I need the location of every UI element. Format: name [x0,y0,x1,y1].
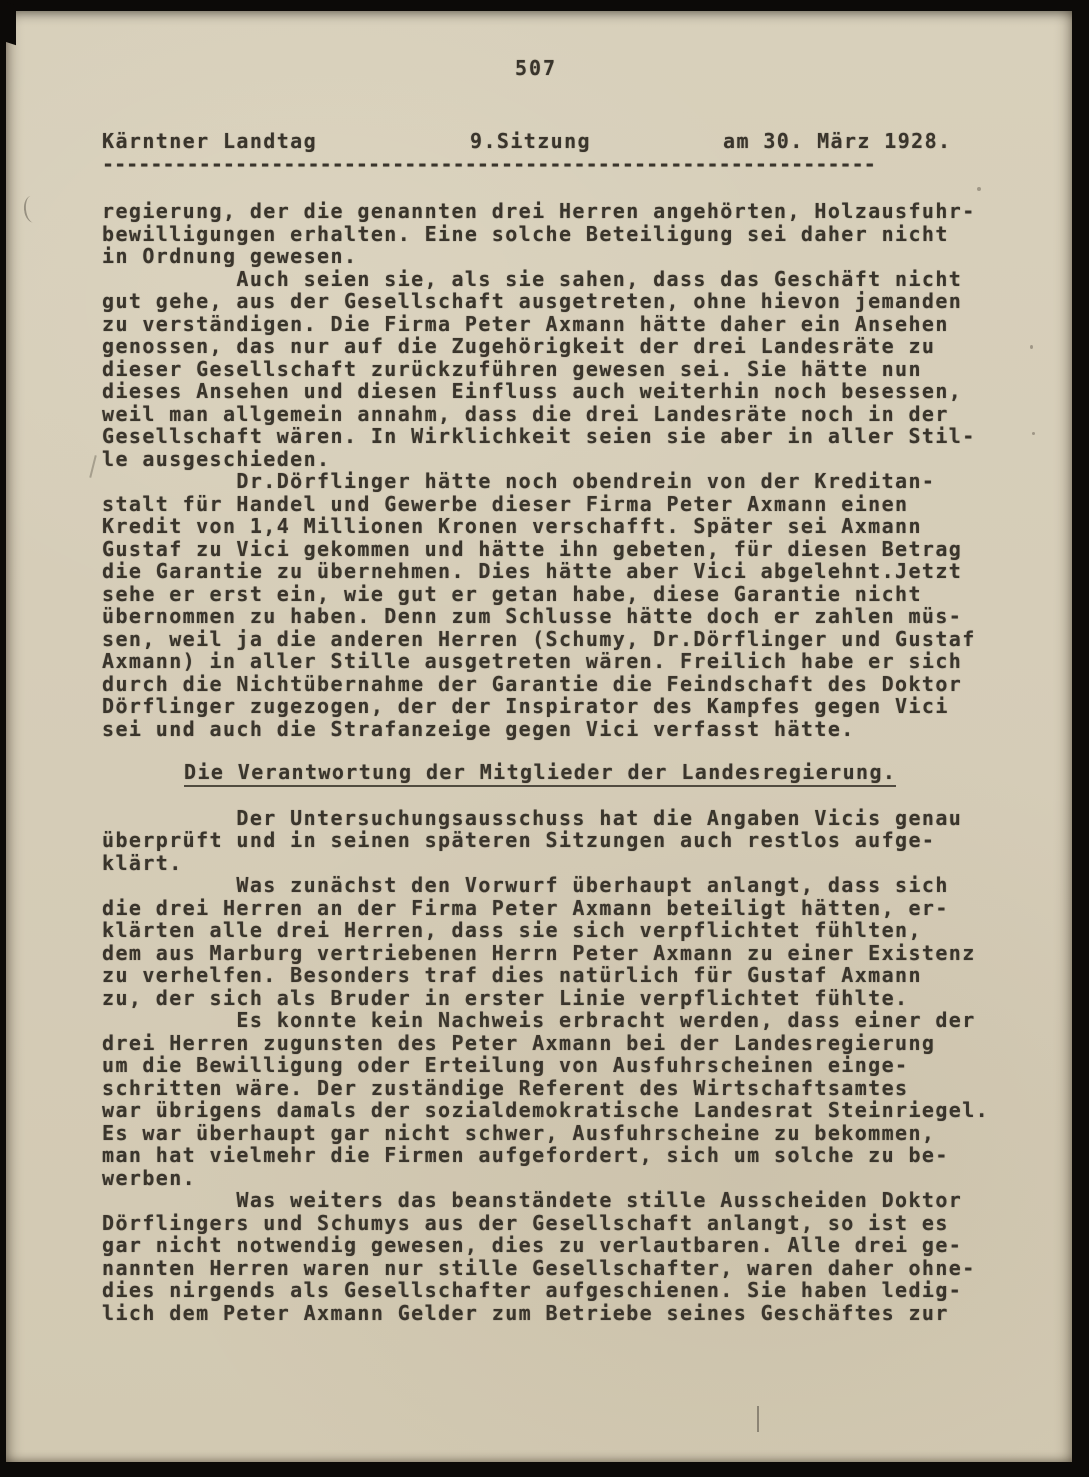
text-line: dieses Ansehen und diesen Einfluss auch … [102,380,1067,403]
text-line: übernommen zu haben. Denn zum Schlusse h… [102,605,1067,628]
text-line: die Garantie zu übernehmen. Dies hätte a… [102,560,1067,583]
text-line: Es war überhaupt gar nicht schwer, Ausfu… [102,1122,1067,1145]
page-header: Kärntner Landtag 9.Sitzung am 30. März 1… [0,129,1089,153]
text-line: gut gehe, aus der Gesellschaft ausgetret… [102,290,1067,313]
text-line: stalt für Handel und Gewerbe dieser Firm… [102,493,1067,516]
text-line: durch die Nichtübernahme der Garantie di… [102,673,1067,696]
header-title: Kärntner Landtag [102,129,317,153]
text-line: dies nirgends als Gesellschafter aufgesc… [102,1279,1067,1302]
text-line: überprüft und in seinen späteren Sitzung… [102,829,1067,852]
text-line: zu verhelfen. Besonders traf dies natürl… [102,964,1067,987]
text-line: Dörflingers und Schumys aus der Gesellsc… [102,1212,1067,1235]
text-line: gar nicht notwendig gewesen, dies zu ver… [102,1234,1067,1257]
text-line: Gesellschaft wären. In Wirklichkeit seie… [102,425,1067,448]
text-line: war übrigens damals der sozialdemokratis… [102,1099,1067,1122]
text-line: Dörflinger zugezogen, der der Inspirator… [102,695,1067,718]
text-line: Axmann) in aller Stille ausgetreten wäre… [102,650,1067,673]
header-date: am 30. März 1928. [723,129,952,153]
text-line: sehe er erst ein, wie gut er getan habe,… [102,583,1067,606]
text-line: zu, der sich als Bruder in erster Linie … [102,987,1067,1010]
text-line: klärt. [102,852,1067,875]
text-line: klärten alle drei Herren, dass sie sich … [102,919,1067,942]
dashed-separator: ----------------------------------------… [102,152,1062,176]
text-line: man hat vielmehr die Firmen aufgefordert… [102,1144,1067,1167]
ink-speck [1032,432,1035,435]
text-line: lich dem Peter Axmann Gelder zum Betrieb… [102,1302,1067,1325]
text-line: weil man allgemein annahm, dass die drei… [102,403,1067,426]
scanned-document-page: { "colors": { "paper": "#d5ccb7", "ink":… [0,0,1089,1477]
ink-speck [1030,345,1033,349]
scan-corner-shadow [0,0,16,45]
ink-speck [977,187,981,191]
text-line: regierung, der die genannten drei Herren… [102,200,1067,223]
text-line: Was zunächst den Vorwurf überhaupt anlan… [102,874,1067,897]
text-line: Der Untersuchungsausschuss hat die Angab… [102,807,1067,830]
text-line: drei Herren zugunsten des Peter Axmann b… [102,1032,1067,1055]
text-line: Was weiters das beanständete stille Auss… [102,1189,1067,1212]
text-line: Kredit von 1,4 Millionen Kronen verschaf… [102,515,1067,538]
body-text: regierung, der die genannten drei Herren… [102,200,1067,1324]
text-line: sei und auch die Strafanzeige gegen Vici… [102,718,1067,741]
text-line: werben. [102,1167,1067,1190]
text-line: Gustaf zu Vici gekommen und hätte ihn ge… [102,538,1067,561]
text-line: zu verständigen. Die Firma Peter Axmann … [102,313,1067,336]
page-number: 507 [0,56,1072,80]
text-line: Es konnte kein Nachweis erbracht werden,… [102,1009,1067,1032]
text-line: le ausgeschieden. [102,448,1067,471]
text-line: schritten wäre. Der zuständige Referent … [102,1077,1067,1100]
header-session: 9.Sitzung [470,129,591,153]
section-heading: Die Verantwortung der Mitglieder der Lan… [184,761,1067,784]
text-line: genossen, das nur auf die Zugehörigkeit … [102,335,1067,358]
text-line: Dr.Dörflinger hätte noch obendrein von d… [102,470,1067,493]
text-line: bewilligungen erhalten. Eine solche Bete… [102,223,1067,246]
text-line: nannten Herren waren nur stille Gesellsc… [102,1257,1067,1280]
text-line: sen, weil ja die anderen Herren (Schumy,… [102,628,1067,651]
text-line: um die Bewilligung oder Erteilung von Au… [102,1054,1067,1077]
text-line: die drei Herren an der Firma Peter Axman… [102,897,1067,920]
text-line: in Ordnung gewesen. [102,245,1067,268]
text-line: dem aus Marburg vertriebenen Herrn Peter… [102,942,1067,965]
text-line: Auch seien sie, als sie sahen, dass das … [102,268,1067,291]
text-line: dieser Gesellschaft zurückzuführen gewes… [102,358,1067,381]
pencil-mark-tick [757,1406,759,1432]
